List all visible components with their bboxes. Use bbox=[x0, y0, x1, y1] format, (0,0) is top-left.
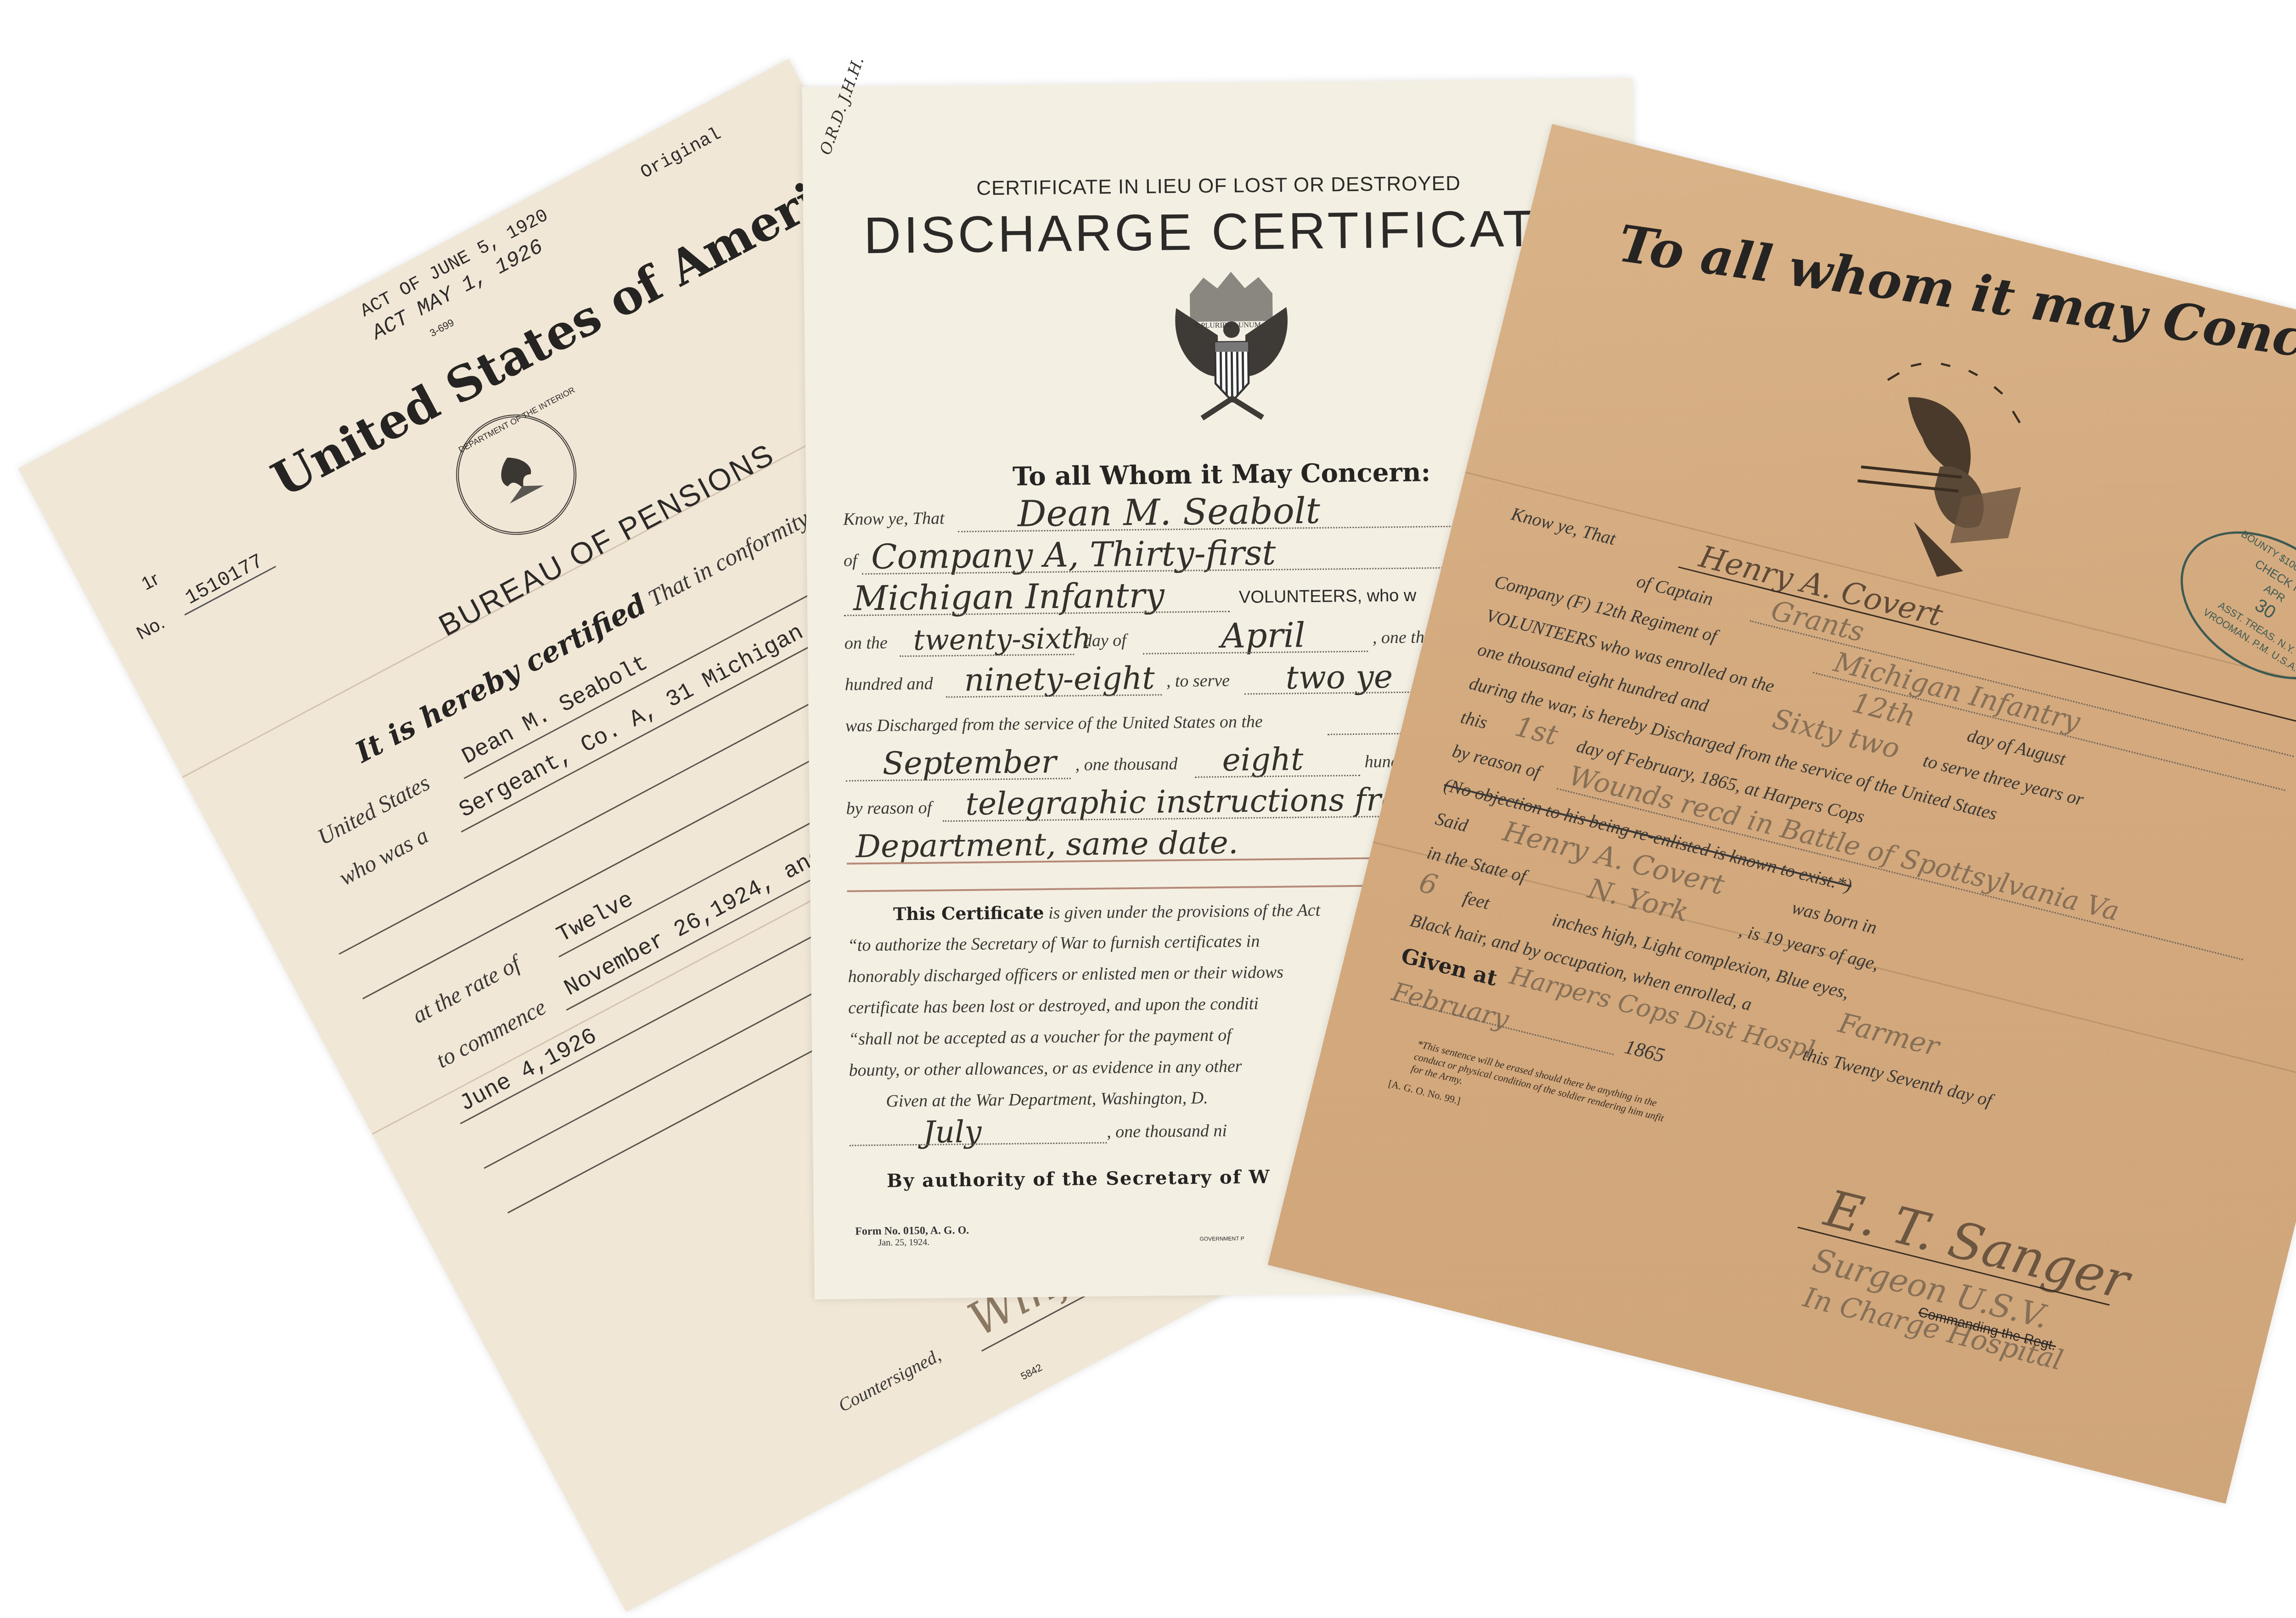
rate-value: Twelve bbox=[552, 887, 638, 949]
footer-code: 5842 bbox=[1019, 1361, 1044, 1382]
interior-seal: DEPARTMENT OF THE INTERIOR bbox=[435, 393, 597, 556]
form-number: Form No. 0150, A. G. O. bbox=[855, 1224, 969, 1238]
row-label: was Discharged from the service of the U… bbox=[845, 712, 1263, 736]
row-label: by reason of bbox=[846, 798, 932, 818]
given-year-text: , one thousand ni bbox=[1107, 1121, 1227, 1142]
eagle-shield-icon bbox=[1162, 265, 1301, 432]
certificate-number-prefix: 1r bbox=[138, 569, 163, 594]
eagle-flags-icon bbox=[1795, 322, 2084, 611]
row-label: , one thousand bbox=[1075, 754, 1177, 775]
enlist-month: April bbox=[1221, 615, 1305, 656]
margin-note: O.R.D. J.H.H. bbox=[816, 54, 868, 157]
discharge-month: September bbox=[882, 744, 1056, 782]
form-footer: Form No. 0150, A. G. O. Jan. 25, 1924. bbox=[855, 1224, 969, 1249]
printer-imprint: GOVERNMENT P bbox=[1199, 1235, 1244, 1242]
eagle-engraving bbox=[1795, 322, 2084, 611]
term-value: two ye bbox=[1285, 658, 1393, 696]
row-label: day of bbox=[1083, 630, 1126, 651]
row-label: , to serve bbox=[1166, 671, 1230, 691]
row-label: on the bbox=[844, 633, 888, 653]
certificate-subtitle: CERTIFICATE IN LIEU OF LOST OR DESTROYED bbox=[803, 170, 1634, 202]
body-heading: This Certificate bbox=[893, 902, 1044, 924]
body-text: is given under the provisions of the Act bbox=[1048, 901, 1321, 923]
certificate-number-label: No. bbox=[133, 612, 168, 644]
enlist-year: ninety-eight bbox=[964, 660, 1155, 699]
copy-label: Original bbox=[637, 124, 725, 184]
certificate-title: DISCHARGE CERTIFICATE bbox=[803, 198, 1635, 266]
great-seal: E PLURIBUS UNUM bbox=[1162, 265, 1301, 432]
certificate-number: 1510177 bbox=[174, 546, 276, 615]
form-date: Jan. 25, 1924. bbox=[878, 1237, 969, 1248]
civil-form-lines: Know ye, That Henry A. Covert of Captain… bbox=[1388, 503, 2296, 1222]
enlist-day: twenty-sixth bbox=[913, 621, 1091, 657]
row-label: of bbox=[844, 551, 857, 570]
discharge-century: eight bbox=[1222, 741, 1303, 778]
countersigned-label: Countersigned, bbox=[834, 1344, 944, 1416]
height-feet: 6 bbox=[1416, 866, 1441, 902]
seal-motto: E PLURIBUS UNUM bbox=[1195, 321, 1261, 330]
volunteers-label: VOLUNTEERS, who w bbox=[1239, 586, 1417, 608]
row-label: Know ye, That bbox=[843, 508, 945, 529]
row-label: hundred and bbox=[845, 674, 933, 694]
form-code: 3-699 bbox=[428, 316, 456, 339]
eagle-icon bbox=[473, 431, 560, 518]
